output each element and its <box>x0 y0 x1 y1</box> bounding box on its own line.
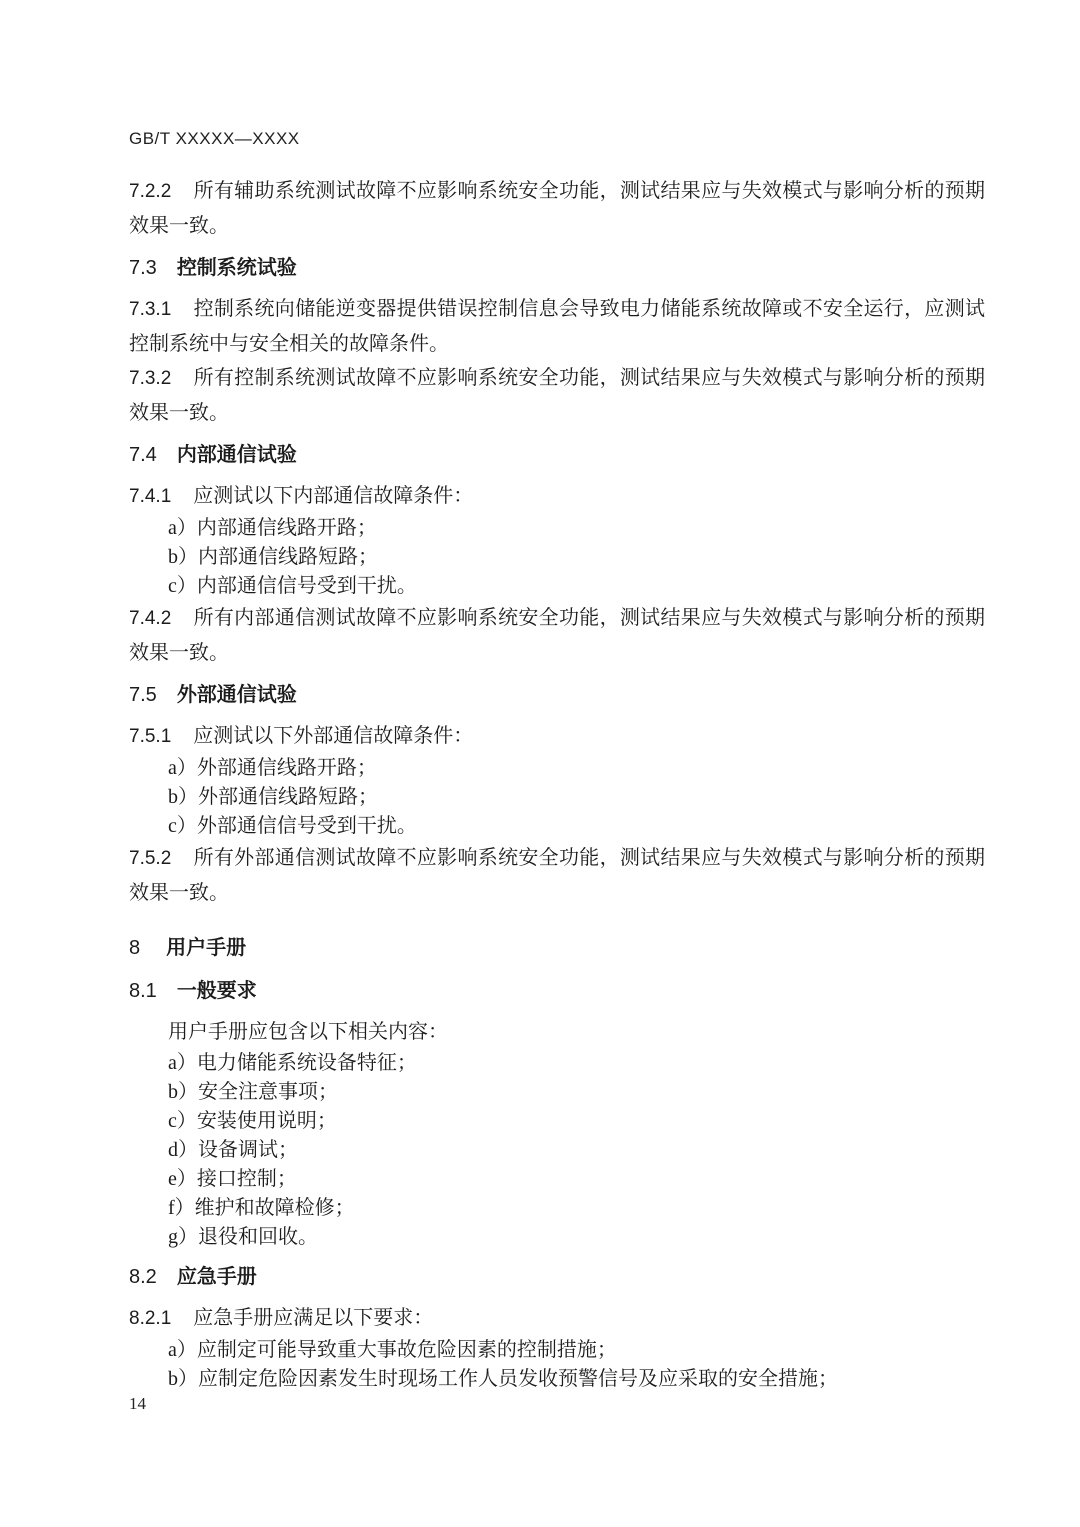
list-internal-comm-faults: a）内部通信线路开路； b）内部通信线路短路； c）内部通信信号受到干扰。 <box>129 514 985 601</box>
list-external-comm-faults: a）外部通信线路开路； b）外部通信线路短路； c）外部通信信号受到干扰。 <box>129 754 985 841</box>
clause-text: 应测试以下内部通信故障条件： <box>193 485 473 507</box>
clause-number: 7.2.2 <box>129 181 171 202</box>
clause-text: 应测试以下外部通信故障条件： <box>193 725 473 747</box>
heading-title: 内部通信试验 <box>177 444 297 466</box>
clause-7-4-2: 7.4.2所有内部通信测试故障不应影响系统安全功能，测试结果应与失效模式与影响分… <box>129 601 985 670</box>
clause-number: 7.4.1 <box>129 486 171 507</box>
list-item: a）电力储能系统设备特征； <box>129 1049 985 1078</box>
section-heading-7-3: 7.3控制系统试验 <box>129 253 985 283</box>
clause-number: 7.4.2 <box>129 608 171 629</box>
heading-number: 8.2 <box>129 1266 157 1288</box>
clause-number: 7.5.2 <box>129 848 171 869</box>
heading-number: 8.1 <box>129 980 157 1002</box>
heading-title: 一般要求 <box>177 980 257 1002</box>
list-user-manual-contents: a）电力储能系统设备特征； b）安全注意事项； c）安装使用说明； d）设备调试… <box>129 1049 985 1252</box>
clause-7-4-1: 7.4.1应测试以下内部通信故障条件： <box>129 479 985 514</box>
clause-text: 应急手册应满足以下要求： <box>193 1307 433 1329</box>
list-item: c）安装使用说明； <box>129 1107 985 1136</box>
clause-7-3-1: 7.3.1控制系统向储能逆变器提供错误控制信息会导致电力储能系统故障或不安全运行… <box>129 292 985 361</box>
clause-text: 所有内部通信测试故障不应影响系统安全功能，测试结果应与失效模式与影响分析的预期效… <box>129 607 985 664</box>
section-heading-7-4: 7.4内部通信试验 <box>129 440 985 470</box>
heading-number: 7.5 <box>129 684 157 706</box>
clause-text: 所有辅助系统测试故障不应影响系统安全功能，测试结果应与失效模式与影响分析的预期效… <box>129 180 985 237</box>
paragraph-user-manual-intro: 用户手册应包含以下相关内容： <box>129 1015 985 1049</box>
list-item: e）接口控制； <box>129 1165 985 1194</box>
heading-number: 7.4 <box>129 444 157 466</box>
heading-number: 7.3 <box>129 257 157 279</box>
document-page: GB/T XXXXX—XXXX 7.2.2所有辅助系统测试故障不应影响系统安全功… <box>0 0 1080 1527</box>
clause-text: 所有控制系统测试故障不应影响系统安全功能，测试结果应与失效模式与影响分析的预期效… <box>129 367 985 424</box>
list-item: g）退役和回收。 <box>129 1223 985 1252</box>
clause-text: 控制系统向储能逆变器提供错误控制信息会导致电力储能系统故障或不安全运行，应测试控… <box>129 298 985 355</box>
list-item: c）外部通信信号受到干扰。 <box>129 812 985 841</box>
clause-number: 8.2.1 <box>129 1308 171 1329</box>
heading-title: 应急手册 <box>177 1266 257 1288</box>
list-item: b）内部通信线路短路； <box>129 543 985 572</box>
clause-number: 7.3.2 <box>129 368 171 389</box>
section-heading-7-5: 7.5外部通信试验 <box>129 680 985 710</box>
section-heading-8-2: 8.2应急手册 <box>129 1262 985 1292</box>
clause-8-2-1: 8.2.1应急手册应满足以下要求： <box>129 1301 985 1336</box>
clause-number: 7.3.1 <box>129 299 171 320</box>
clause-number: 7.5.1 <box>129 726 171 747</box>
heading-title: 控制系统试验 <box>177 257 297 279</box>
list-item: a）外部通信线路开路； <box>129 754 985 783</box>
page-number: 14 <box>129 1394 146 1414</box>
list-item: a）应制定可能导致重大事故危险因素的控制措施； <box>129 1336 985 1365</box>
list-emergency-manual-reqs: a）应制定可能导致重大事故危险因素的控制措施； b）应制定危险因素发生时现场工作… <box>129 1336 985 1394</box>
clause-7-2-2: 7.2.2所有辅助系统测试故障不应影响系统安全功能，测试结果应与失效模式与影响分… <box>129 174 985 243</box>
list-item: b）安全注意事项； <box>129 1078 985 1107</box>
list-item: a）内部通信线路开路； <box>129 514 985 543</box>
list-item: f）维护和故障检修； <box>129 1194 985 1223</box>
chapter-heading-8: 8用户手册 <box>129 933 985 963</box>
section-heading-8-1: 8.1一般要求 <box>129 976 985 1006</box>
heading-title: 用户手册 <box>166 937 246 959</box>
list-item: c）内部通信信号受到干扰。 <box>129 572 985 601</box>
clause-text: 所有外部通信测试故障不应影响系统安全功能，测试结果应与失效模式与影响分析的预期效… <box>129 847 985 904</box>
list-item: d）设备调试； <box>129 1136 985 1165</box>
clause-7-3-2: 7.3.2所有控制系统测试故障不应影响系统安全功能，测试结果应与失效模式与影响分… <box>129 361 985 430</box>
clause-7-5-2: 7.5.2所有外部通信测试故障不应影响系统安全功能，测试结果应与失效模式与影响分… <box>129 841 985 910</box>
heading-number: 8 <box>129 937 140 959</box>
list-item: b）应制定危险因素发生时现场工作人员发收预警信号及应采取的安全措施； <box>129 1365 985 1394</box>
clause-7-5-1: 7.5.1应测试以下外部通信故障条件： <box>129 719 985 754</box>
list-item: b）外部通信线路短路； <box>129 783 985 812</box>
heading-title: 外部通信试验 <box>177 684 297 706</box>
standard-number-header: GB/T XXXXX—XXXX <box>129 128 985 150</box>
